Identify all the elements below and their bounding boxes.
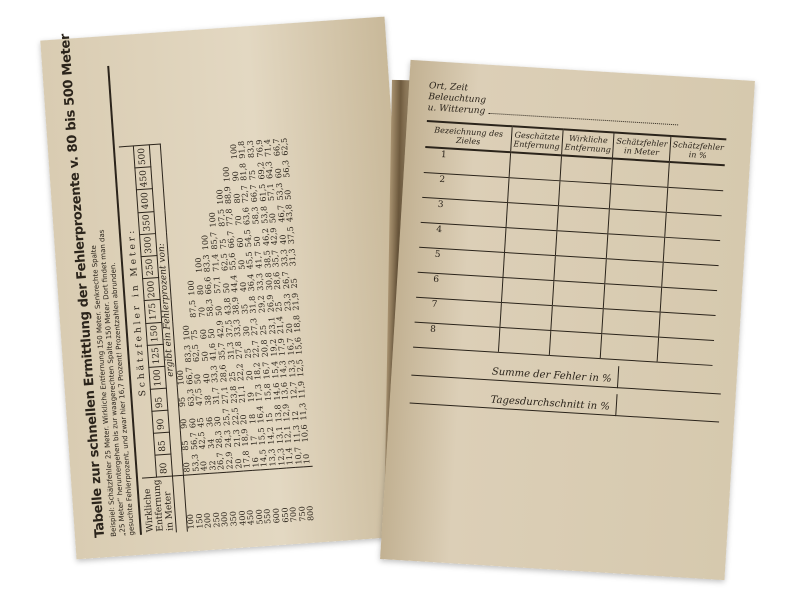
log-cell[interactable]: [658, 312, 715, 340]
open-booklet: Tabelle zur schnellen Ermittlung der Feh…: [0, 0, 800, 613]
percent-cell: 62,5: [281, 135, 291, 158]
log-cell[interactable]: [504, 228, 557, 256]
log-cell[interactable]: [660, 287, 717, 315]
estimation-log-table: Bezeichnung des Zieles Geschätzte Entfer…: [413, 120, 726, 366]
header-error-percent: Schätzfehler in %: [669, 136, 726, 165]
percent-cell: 56,3: [282, 157, 292, 180]
column-header: 80: [155, 454, 172, 477]
sum-value-field[interactable]: [618, 366, 722, 394]
percent-cell: 43,8: [285, 202, 295, 225]
log-cell[interactable]: [661, 262, 718, 290]
log-cell[interactable]: [498, 327, 551, 355]
column-header: 350: [138, 211, 155, 234]
log-cell[interactable]: [601, 334, 659, 362]
estimation-log-form: Ort, Zeit Beleuchtung u. Witterung Bezei…: [410, 81, 739, 422]
column-header: 250: [141, 256, 158, 279]
error-percentage-table: Wirkliche Entfernung in Meter Schätzfehl…: [119, 135, 317, 535]
log-cell[interactable]: [666, 187, 723, 215]
column-header: 500: [134, 145, 151, 168]
right-page: Ort, Zeit Beleuchtung u. Witterung Bezei…: [380, 60, 755, 580]
column-header: 125: [148, 344, 165, 367]
log-cell[interactable]: [503, 253, 556, 281]
row-number[interactable]: 8: [413, 322, 500, 352]
log-cell[interactable]: [507, 178, 560, 206]
header-estimated-distance: Geschätzte Entfernung: [510, 126, 563, 155]
header-actual-distance: Wirkliche Entfernung: [562, 129, 615, 158]
percent-cell: 10,6: [301, 422, 311, 444]
log-cell[interactable]: [500, 302, 553, 330]
log-cell[interactable]: [560, 155, 613, 184]
log-cell[interactable]: [608, 209, 666, 237]
column-header: 400: [137, 189, 154, 212]
column-header: 100: [149, 366, 166, 389]
log-cell[interactable]: [607, 234, 665, 262]
column-header: 175: [145, 300, 162, 323]
log-cell[interactable]: [501, 277, 554, 305]
percent-cell: 50: [284, 179, 294, 202]
percent-cell: 15,6: [295, 334, 305, 357]
log-cell[interactable]: [605, 259, 663, 287]
log-cell[interactable]: [549, 331, 602, 359]
log-cell[interactable]: [557, 206, 610, 234]
column-header: 95: [151, 388, 168, 411]
error-percentage-table-section: Tabelle zur schnellen Ermittlung der Feh…: [60, 47, 412, 538]
distance-cell: 800: [304, 466, 317, 523]
left-page: Tabelle zur schnellen Ermittlung der Feh…: [40, 17, 420, 560]
percent-cell: 11,3: [299, 400, 309, 422]
log-cell[interactable]: [663, 237, 720, 265]
log-cell[interactable]: [604, 284, 662, 312]
meta-label: u. Witterung: [427, 103, 485, 117]
column-header: 90: [152, 410, 169, 433]
percent-cell: 21,9: [292, 290, 302, 313]
percent-cell: 11,9: [298, 379, 308, 401]
column-header: 450: [135, 167, 152, 190]
log-cell[interactable]: [552, 281, 605, 309]
column-header: 300: [140, 233, 157, 256]
log-cell[interactable]: [559, 181, 612, 209]
average-label: Tagesdurchschnitt in %: [410, 382, 618, 417]
log-cell[interactable]: [664, 212, 721, 240]
log-cell[interactable]: [657, 337, 714, 365]
log-cell[interactable]: [551, 306, 604, 334]
log-cell[interactable]: [509, 152, 562, 181]
log-cell[interactable]: [506, 203, 559, 231]
percent-cell: 37,5: [287, 224, 297, 247]
column-header: 85: [154, 432, 171, 455]
percent-cell: 31,3: [289, 246, 299, 269]
column-header: 200: [143, 278, 160, 301]
row-header: Wirkliche Entfernung in Meter: [142, 476, 176, 535]
percent-cell: 18,8: [293, 312, 303, 335]
log-cell[interactable]: [602, 309, 660, 337]
log-cell[interactable]: [554, 256, 607, 284]
log-cell[interactable]: [610, 184, 668, 212]
average-value-field[interactable]: [616, 394, 720, 422]
percent-cell: 25: [290, 268, 300, 291]
log-cell[interactable]: [668, 162, 725, 191]
log-cell[interactable]: [556, 231, 609, 259]
header-error-meters: Schätzfehler in Meter: [613, 133, 671, 162]
percent-cell: 12,5: [296, 356, 306, 379]
column-header: 150: [146, 322, 163, 345]
percent-cell: 10: [302, 444, 312, 467]
log-cell[interactable]: [611, 158, 669, 187]
